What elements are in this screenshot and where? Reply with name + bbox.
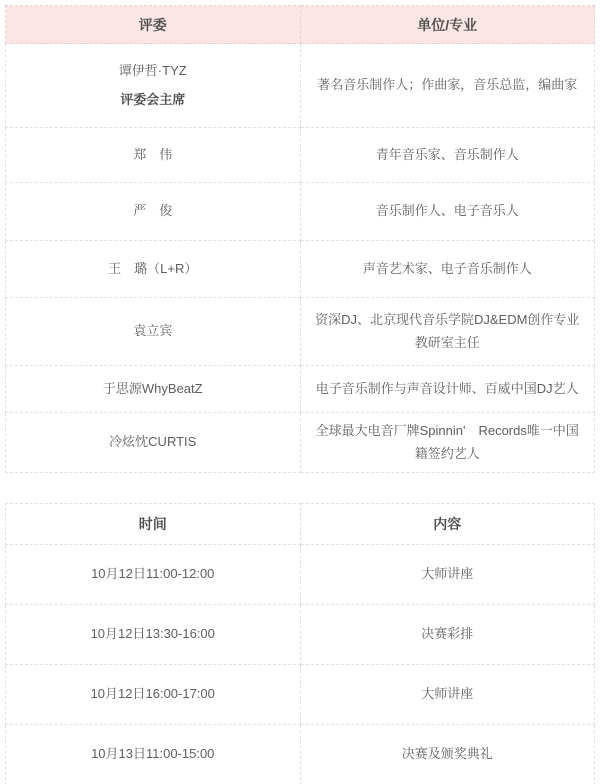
text-line: 10月13日11:00-15:00: [20, 743, 286, 765]
text-line: 决赛及颁奖典礼: [315, 743, 581, 765]
text-line: 大师讲座: [315, 563, 581, 585]
text-line: 资深DJ、北京现代音乐学院DJ&EDM创作专业教研室主任: [315, 309, 581, 353]
judge-name-cell: 王 璐（L+R）: [6, 241, 301, 298]
time-column-header: 时间: [6, 504, 301, 545]
schedule-content-cell: 大师讲座: [300, 665, 595, 725]
table-header-row: 评委 单位/专业: [6, 6, 595, 44]
table-row: 10月13日11:00-15:00决赛及颁奖典礼: [6, 725, 595, 784]
table-row: 郑 伟青年音乐家、音乐制作人: [6, 128, 595, 183]
table-row: 袁立宾资深DJ、北京现代音乐学院DJ&EDM创作专业教研室主任: [6, 298, 595, 366]
text-line: 10月12日13:30-16:00: [20, 623, 286, 645]
table-row: 10月12日11:00-12:00大师讲座: [6, 545, 595, 605]
judge-unit-cell: 青年音乐家、音乐制作人: [300, 128, 595, 183]
judges-table: 评委 单位/专业 谭伊哲·TYZ评委会主席著名音乐制作人；作曲家，音乐总监，编曲…: [5, 5, 595, 473]
text-line: 决赛彩排: [315, 623, 581, 645]
judge-name-cell: 冷炫忱CURTIS: [6, 413, 301, 473]
schedule-time-cell: 10月12日11:00-12:00: [6, 545, 301, 605]
judges-table-body: 谭伊哲·TYZ评委会主席著名音乐制作人；作曲家，音乐总监，编曲家郑 伟青年音乐家…: [6, 44, 595, 473]
text-line: 大师讲座: [315, 683, 581, 705]
text-line: 电子音乐制作与声音设计师、百威中国DJ艺人: [315, 378, 581, 400]
judges-table-header: 评委 单位/专业: [6, 6, 595, 44]
text-line: 评委会主席: [20, 89, 286, 111]
schedule-table-header: 时间 内容: [6, 504, 595, 545]
schedule-content-cell: 决赛彩排: [300, 605, 595, 665]
judge-unit-cell: 电子音乐制作与声音设计师、百威中国DJ艺人: [300, 366, 595, 413]
schedule-content-cell: 大师讲座: [300, 545, 595, 605]
schedule-table-body: 10月12日11:00-12:00大师讲座10月12日13:30-16:00决赛…: [6, 545, 595, 784]
judge-unit-cell: 全球最大电音厂牌Spinnin' Records唯一中国籍签约艺人: [300, 413, 595, 473]
judge-unit-cell: 资深DJ、北京现代音乐学院DJ&EDM创作专业教研室主任: [300, 298, 595, 366]
text-line: 著名音乐制作人；作曲家，音乐总监，编曲家: [315, 74, 581, 96]
table-row: 王 璐（L+R）声音艺术家、电子音乐制作人: [6, 241, 595, 298]
text-line: 声音艺术家、电子音乐制作人: [315, 258, 581, 280]
content-column-header: 内容: [300, 504, 595, 545]
judge-name-cell: 严 俊: [6, 183, 301, 241]
judges-column-header: 评委: [6, 6, 301, 44]
table-row: 于思源WhyBeatZ电子音乐制作与声音设计师、百威中国DJ艺人: [6, 366, 595, 413]
unit-profession-column-header: 单位/专业: [300, 6, 595, 44]
text-line: 全球最大电音厂牌Spinnin' Records唯一中国籍签约艺人: [315, 420, 581, 464]
judge-name-cell: 袁立宾: [6, 298, 301, 366]
judge-unit-cell: 著名音乐制作人；作曲家，音乐总监，编曲家: [300, 44, 595, 128]
text-line: 严 俊: [20, 200, 286, 222]
table-row: 冷炫忱CURTIS全球最大电音厂牌Spinnin' Records唯一中国籍签约…: [6, 413, 595, 473]
page: 评委 单位/专业 谭伊哲·TYZ评委会主席著名音乐制作人；作曲家，音乐总监，编曲…: [0, 0, 600, 784]
text-line: 冷炫忱CURTIS: [20, 431, 286, 453]
table-row: 10月12日16:00-17:00大师讲座: [6, 665, 595, 725]
schedule-table: 时间 内容 10月12日11:00-12:00大师讲座10月12日13:30-1…: [5, 503, 595, 784]
schedule-content-cell: 决赛及颁奖典礼: [300, 725, 595, 784]
table-header-row: 时间 内容: [6, 504, 595, 545]
judge-name-cell: 谭伊哲·TYZ评委会主席: [6, 44, 301, 128]
text-line: 音乐制作人、电子音乐人: [315, 200, 581, 222]
schedule-time-cell: 10月12日16:00-17:00: [6, 665, 301, 725]
table-row: 10月12日13:30-16:00决赛彩排: [6, 605, 595, 665]
judge-unit-cell: 声音艺术家、电子音乐制作人: [300, 241, 595, 298]
table-row: 严 俊音乐制作人、电子音乐人: [6, 183, 595, 241]
schedule-time-cell: 10月12日13:30-16:00: [6, 605, 301, 665]
judge-name-cell: 于思源WhyBeatZ: [6, 366, 301, 413]
judge-unit-cell: 音乐制作人、电子音乐人: [300, 183, 595, 241]
text-line: 于思源WhyBeatZ: [20, 378, 286, 400]
text-line: 王 璐（L+R）: [20, 258, 286, 280]
table-row: 谭伊哲·TYZ评委会主席著名音乐制作人；作曲家，音乐总监，编曲家: [6, 44, 595, 128]
schedule-time-cell: 10月13日11:00-15:00: [6, 725, 301, 784]
text-line: 袁立宾: [20, 320, 286, 342]
text-line: 10月12日11:00-12:00: [20, 563, 286, 585]
judge-name-cell: 郑 伟: [6, 128, 301, 183]
text-line: 青年音乐家、音乐制作人: [315, 144, 581, 166]
text-line: 郑 伟: [20, 144, 286, 166]
text-line: 谭伊哲·TYZ: [20, 60, 286, 82]
text-line: 10月12日16:00-17:00: [20, 683, 286, 705]
